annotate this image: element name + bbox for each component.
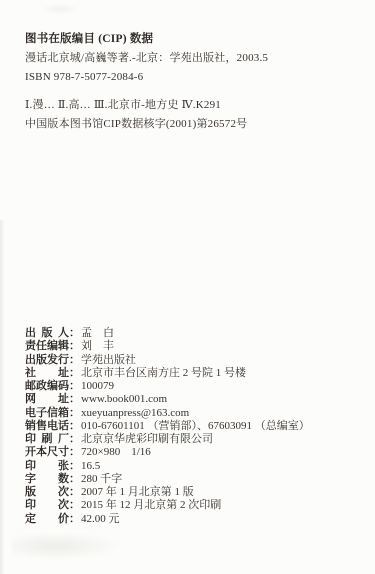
field-colon: ： bbox=[69, 433, 80, 445]
field-label: 责任编辑 bbox=[25, 340, 69, 353]
publication-row-printer: 印刷厂：北京京华虎彩印刷有限公司 bbox=[25, 433, 365, 446]
cip-block: 图书在版编目 (CIP) 数据 漫话北京城/高巍等著.-北京：学苑出版社，200… bbox=[25, 32, 355, 137]
field-value: 2015 年 12 月北京第 2 次印刷 bbox=[81, 499, 221, 511]
field-label: 印刷厂 bbox=[25, 433, 69, 446]
field-value: 720×980 1/16 bbox=[81, 446, 151, 458]
publication-row-format: 开本尺寸：720×980 1/16 bbox=[25, 446, 365, 459]
field-colon: ： bbox=[69, 446, 80, 458]
field-value: 280 千字 bbox=[81, 473, 122, 485]
book-copyright-page: 图书在版编目 (CIP) 数据 漫话北京城/高巍等著.-北京：学苑出版社，200… bbox=[0, 0, 375, 574]
field-label: 销售电话 bbox=[25, 420, 69, 433]
field-value: 100079 bbox=[81, 380, 114, 392]
scan-smudge-top bbox=[40, 4, 80, 14]
publication-row-publisher-person: 出版人：孟 白 bbox=[25, 327, 365, 340]
publication-row-printing: 印次：2015 年 12 月北京第 2 次印刷 bbox=[25, 499, 365, 512]
publication-row-edition: 版次：2007 年 1 月北京第 1 版 bbox=[25, 486, 365, 499]
field-label: 开本尺寸 bbox=[25, 446, 69, 459]
field-colon: ： bbox=[69, 513, 80, 525]
field-value: www.book001.com bbox=[81, 393, 167, 405]
field-colon: ： bbox=[69, 460, 80, 472]
publication-row-address: 社址：北京市丰台区南方庄 2 号院 1 号楼 bbox=[25, 367, 365, 380]
cip-header: 图书在版编目 (CIP) 数据 bbox=[25, 32, 355, 46]
field-label: 版次 bbox=[25, 486, 69, 499]
field-colon: ： bbox=[69, 499, 80, 511]
field-colon: ： bbox=[69, 367, 80, 379]
field-colon: ： bbox=[69, 420, 80, 432]
field-value: 010-67601101 （营销部）、67603091 （总编室） bbox=[81, 420, 310, 432]
publication-row-editor: 责任编辑：刘 丰 bbox=[25, 340, 365, 353]
publication-row-website: 网址：www.book001.com bbox=[25, 393, 365, 406]
publication-row-publisher: 出版发行：学苑出版社 bbox=[25, 354, 365, 367]
field-value: 北京京华虎彩印刷有限公司 bbox=[81, 433, 213, 445]
publication-row-wordcount: 字数：280 千字 bbox=[25, 473, 365, 486]
field-colon: ： bbox=[69, 380, 80, 392]
publication-row-postcode: 邮政编码：100079 bbox=[25, 380, 365, 393]
scan-edge-shadow bbox=[0, 220, 5, 574]
field-colon: ： bbox=[69, 486, 80, 498]
field-colon: ： bbox=[69, 340, 80, 352]
field-colon: ： bbox=[69, 393, 80, 405]
field-label: 印张 bbox=[25, 460, 69, 473]
publication-row-price: 定价：42.00 元 bbox=[25, 513, 365, 526]
field-colon: ： bbox=[69, 473, 80, 485]
cip-classification-line: Ⅰ.漫… Ⅱ.高… Ⅲ.北京市-地方史 Ⅳ.K291 bbox=[25, 99, 355, 112]
field-label: 邮政编码 bbox=[25, 380, 69, 393]
field-label: 网址 bbox=[25, 393, 69, 406]
field-colon: ： bbox=[69, 354, 80, 366]
field-label: 出版发行 bbox=[25, 354, 69, 367]
field-value: 刘 丰 bbox=[81, 340, 114, 352]
field-value: 孟 白 bbox=[81, 327, 114, 339]
scan-smudge-bottom bbox=[12, 532, 122, 560]
field-value: 北京市丰台区南方庄 2 号院 1 号楼 bbox=[81, 367, 246, 379]
cip-record-line: 中国版本图书馆CIP数据核字(2001)第26572号 bbox=[25, 118, 355, 131]
publication-row-email: 电子信箱：xueyuanpress@163.com bbox=[25, 407, 365, 420]
field-label: 电子信箱 bbox=[25, 407, 69, 420]
field-value: 42.00 元 bbox=[81, 513, 120, 525]
field-label: 社址 bbox=[25, 367, 69, 380]
field-label: 印次 bbox=[25, 499, 69, 512]
field-label: 定价 bbox=[25, 513, 69, 526]
publication-row-sheets: 印张：16.5 bbox=[25, 460, 365, 473]
field-colon: ： bbox=[69, 327, 80, 339]
field-label: 字数 bbox=[25, 473, 69, 486]
field-colon: ： bbox=[69, 407, 80, 419]
publication-info-block: 出版人：孟 白 责任编辑：刘 丰 出版发行：学苑出版社 社址：北京市丰台区南方庄… bbox=[25, 327, 365, 526]
cip-isbn-line: ISBN 978-7-5077-2084-6 bbox=[25, 71, 355, 84]
publication-row-sales-phone: 销售电话：010-67601101 （营销部）、67603091 （总编室） bbox=[25, 420, 365, 433]
field-value: xueyuanpress@163.com bbox=[81, 407, 189, 419]
field-value: 学苑出版社 bbox=[81, 354, 136, 366]
field-value: 2007 年 1 月北京第 1 版 bbox=[81, 486, 194, 498]
field-value: 16.5 bbox=[81, 460, 100, 472]
field-label: 出版人 bbox=[25, 327, 69, 340]
cip-title-line: 漫话北京城/高巍等著.-北京：学苑出版社，2003.5 bbox=[25, 52, 355, 65]
